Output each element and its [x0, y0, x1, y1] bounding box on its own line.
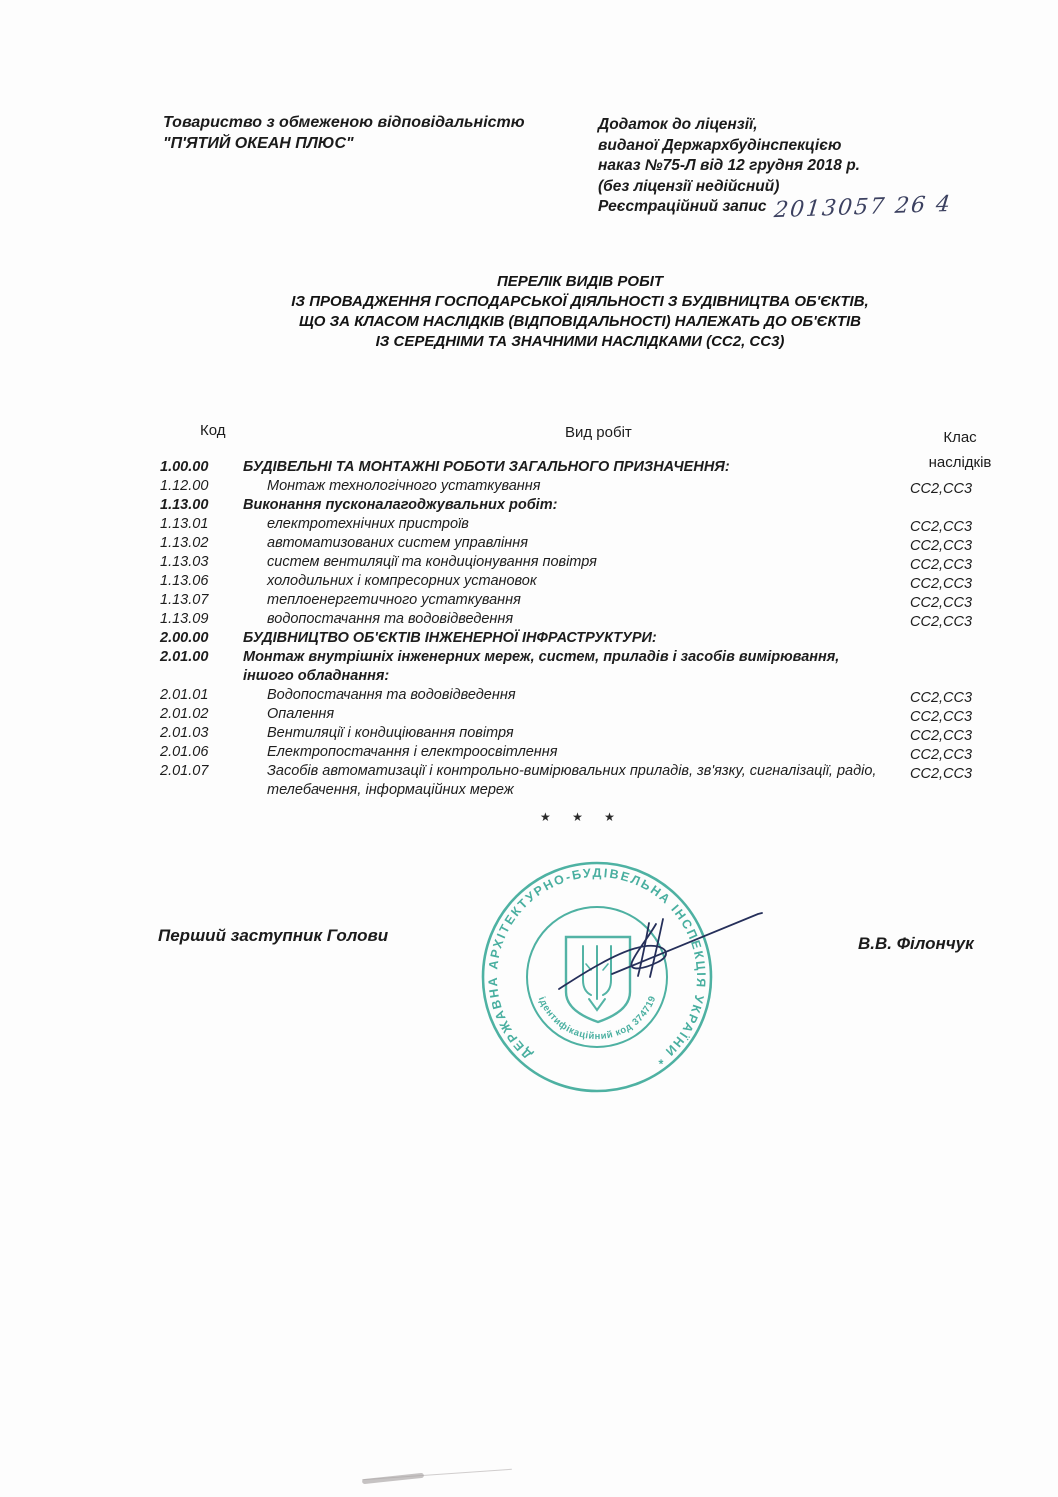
- row-code: 1.13.07: [160, 591, 208, 610]
- signature-ink: [559, 913, 762, 989]
- row-work-description: Виконання пусконалагоджувальних робіт:: [243, 496, 863, 515]
- row-code: 2.01.02: [160, 705, 208, 724]
- row-code: 1.13.09: [160, 610, 208, 629]
- table-rows: 1.00.00БУДІВЕЛЬНІ ТА МОНТАЖНІ РОБОТИ ЗАГ…: [160, 458, 1020, 800]
- row-work-description: БУДІВНИЦТВО ОБ'ЄКТІВ ІНЖЕНЕРНОЇ ІНФРАСТР…: [243, 629, 863, 648]
- row-work-description: теплоенергетичного устаткування: [267, 591, 887, 610]
- table-row: 2.00.00БУДІВНИЦТВО ОБ'ЄКТІВ ІНЖЕНЕРНОЇ І…: [160, 629, 1020, 648]
- company-line1: Товариство з обмеженою відповідальністю: [163, 112, 525, 133]
- row-code: 1.13.01: [160, 515, 208, 534]
- license-line3: наказ №75-Л від 12 грудня 2018 р.: [598, 156, 952, 177]
- column-header-code: Код: [200, 422, 226, 440]
- row-work-description: холодильних і компресорних установок: [267, 572, 887, 591]
- company-line2: "П'ЯТИЙ ОКЕАН ПЛЮС": [163, 133, 525, 154]
- row-work-description: систем вентиляції та кондиціонування пов…: [267, 553, 887, 572]
- registration-number-handwritten: 2013057 26 4: [773, 195, 953, 222]
- row-work-description: Засобів автоматизації і контрольно-вимір…: [267, 762, 887, 800]
- table-row: 2.01.00Монтаж внутрішніх інженерних мере…: [160, 648, 1020, 686]
- row-code: 1.13.00: [160, 496, 208, 515]
- row-work-description: електротехнічних пристроїв: [267, 515, 887, 534]
- table-row: 1.00.00БУДІВЕЛЬНІ ТА МОНТАЖНІ РОБОТИ ЗАГ…: [160, 458, 1020, 477]
- table-row: 1.13.03систем вентиляції та кондиціонува…: [160, 553, 1020, 572]
- license-line2: виданої Держархбудінспекцією: [598, 136, 952, 157]
- row-code: 1.13.02: [160, 534, 208, 553]
- table-row: 2.01.01Водопостачання та водовідведенняС…: [160, 686, 1020, 705]
- table-row: 1.13.00Виконання пусконалагоджувальних р…: [160, 496, 1020, 515]
- stars-separator: ★ ★ ★: [540, 810, 624, 824]
- official-stamp: ДЕРЖАВНА АРХІТЕКТУРНО-БУДІВЕЛЬНА ІНСПЕКЦ…: [460, 840, 780, 1120]
- table-row: 1.13.09водопостачання та водовідведенняС…: [160, 610, 1020, 629]
- document-title: ПЕРЕЛІК ВИДІВ РОБІТ ІЗ ПРОВАДЖЕННЯ ГОСПО…: [100, 272, 1058, 352]
- row-code: 2.01.07: [160, 762, 208, 781]
- table-row: 2.01.07Засобів автоматизації і контрольн…: [160, 762, 1020, 800]
- row-work-description: Монтаж внутрішніх інженерних мереж, сист…: [243, 648, 863, 686]
- row-work-description: автоматизованих систем управління: [267, 534, 887, 553]
- column-header-work: Вид робіт: [565, 424, 632, 442]
- table-row: 1.13.06холодильних і компресорних устано…: [160, 572, 1020, 591]
- license-note-block: Додаток до ліцензії, виданої Держархбуді…: [598, 115, 952, 219]
- row-code: 1.12.00: [160, 477, 208, 496]
- company-name-block: Товариство з обмеженою відповідальністю …: [163, 112, 525, 154]
- table-row: 2.01.02ОпаленняСС2,СС3: [160, 705, 1020, 724]
- row-code: 1.00.00: [160, 458, 208, 477]
- row-work-description: Опалення: [267, 705, 887, 724]
- row-work-description: Водопостачання та водовідведення: [267, 686, 887, 705]
- row-code: 2.01.06: [160, 743, 208, 762]
- row-work-description: Вентиляції і кондиціювання повітря: [267, 724, 887, 743]
- document-page: Товариство з обмеженою відповідальністю …: [0, 0, 1058, 1497]
- license-line1: Додаток до ліцензії,: [598, 115, 952, 136]
- title-line1: ПЕРЕЛІК ВИДІВ РОБІТ: [100, 272, 1058, 292]
- row-consequence-class: СС2,СС3: [910, 765, 972, 784]
- table-row: 1.13.01електротехнічних пристроївСС2,СС3: [160, 515, 1020, 534]
- registration-label: Реєстраційний запис: [598, 198, 766, 215]
- column-header-class-line1: Клас: [905, 425, 1015, 450]
- registration-line: Реєстраційний запис2013057 26 4: [598, 197, 952, 219]
- tryzub-emblem-icon: [566, 937, 630, 1022]
- row-code: 1.13.06: [160, 572, 208, 591]
- signer-name: В.В. Філончук: [858, 934, 974, 954]
- table-row: 2.01.06Електропостачання і електроосвітл…: [160, 743, 1020, 762]
- title-line4: ІЗ СЕРЕДНІМИ ТА ЗНАЧНИМИ НАСЛІДКАМИ (СС2…: [100, 332, 1058, 352]
- row-code: 2.00.00: [160, 629, 208, 648]
- signer-position: Перший заступник Голови: [158, 926, 388, 946]
- title-line3: ЩО ЗА КЛАСОМ НАСЛІДКІВ (ВІДПОВІДАЛЬНОСТІ…: [100, 312, 1058, 332]
- table-row: 1.13.07теплоенергетичного устаткуванняСС…: [160, 591, 1020, 610]
- scan-smudge-blob: [362, 1473, 424, 1484]
- row-code: 1.13.03: [160, 553, 208, 572]
- row-work-description: водопостачання та водовідведення: [267, 610, 887, 629]
- table-row: 1.13.02автоматизованих систем управління…: [160, 534, 1020, 553]
- row-code: 2.01.03: [160, 724, 208, 743]
- title-line2: ІЗ ПРОВАДЖЕННЯ ГОСПОДАРСЬКОЇ ДІЯЛЬНОСТІ …: [100, 292, 1058, 312]
- table-row: 1.12.00Монтаж технологічного устаткуванн…: [160, 477, 1020, 496]
- table-row: 2.01.03Вентиляції і кондиціювання повітр…: [160, 724, 1020, 743]
- row-code: 2.01.01: [160, 686, 208, 705]
- row-code: 2.01.00: [160, 648, 208, 667]
- row-work-description: Монтаж технологічного устаткування: [267, 477, 887, 496]
- row-work-description: БУДІВЕЛЬНІ ТА МОНТАЖНІ РОБОТИ ЗАГАЛЬНОГО…: [243, 458, 863, 477]
- row-work-description: Електропостачання і електроосвітлення: [267, 743, 887, 762]
